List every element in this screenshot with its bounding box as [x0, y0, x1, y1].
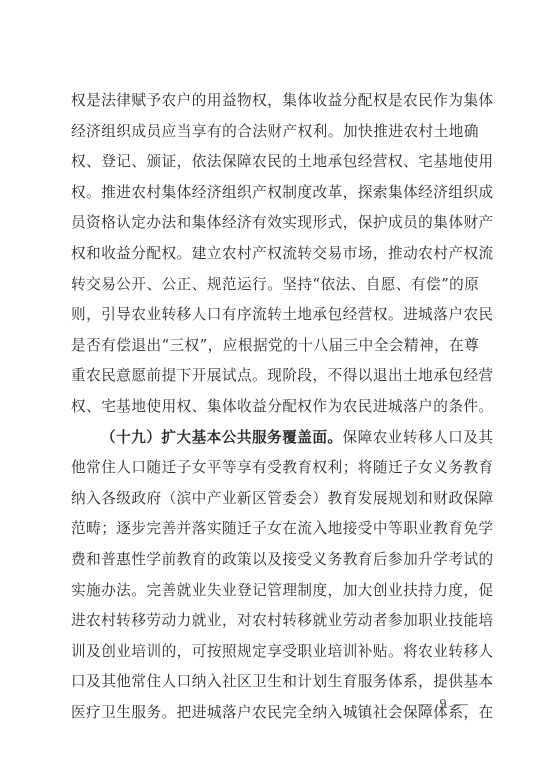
text-line: 口及其他常住人口纳入社区卫生和计划生育服务体系，提供基本 — [71, 667, 479, 698]
text-line: 纳入各级政府（滨中产业新区管委会）教育发展规划和财政保障 — [71, 484, 479, 515]
text-line: 训及创业培训的，可按照规定享受职业培训补贴。将农业转移人 — [71, 637, 479, 668]
text-line: 权。推进农村集体经济组织产权制度改革，探索集体经济组织成 — [71, 178, 479, 209]
text-line: 则，引导农业转移人口有序流转土地承包经营权。进城落户农民 — [71, 300, 479, 331]
text-line: 是否有偿退出“三权”，应根据党的十八届三中全会精神，在尊 — [71, 331, 479, 362]
text-line: 权、宅基地使用权、集体收益分配权作为农民进城落户的条件。 — [71, 392, 479, 423]
text-line: 员资格认定办法和集体经济有效实现形式，保护成员的集体财产 — [71, 208, 479, 239]
section-first-line-text: 保障农业转移人口及其 — [343, 429, 494, 446]
text-line: 权是法律赋予农户的用益物权，集体收益分配权是农民作为集体 — [71, 86, 479, 117]
text-line: 转交易公开、公正、规范运行。坚持“依法、自愿、有偿”的原 — [71, 270, 479, 301]
text-line: 经济组织成员应当享有的合法财产权利。加快推进农村土地确 — [71, 117, 479, 148]
text-line: 范畴；逐步完善并落实随迁子女在流入地接受中等职业教育免学 — [71, 514, 479, 545]
text-line: 他常住人口随迁子女平等享有受教育权利；将随迁子女义务教育 — [71, 453, 479, 484]
text-line: 费和普惠性学前教育的政策以及接受义务教育后参加升学考试的 — [71, 545, 479, 576]
document-body: 权是法律赋予农户的用益物权，集体收益分配权是农民作为集体 经济组织成员应当享有的… — [71, 86, 479, 728]
text-line: 进农村转移劳动力就业，对农村转移就业劳动者参加职业技能培 — [71, 606, 479, 637]
section-heading: （十九）扩大基本公共服务覆盖面。 — [101, 429, 343, 446]
section-first-line: （十九）扩大基本公共服务覆盖面。保障农业转移人口及其 — [71, 423, 479, 454]
text-line: 权、登记、颁证，依法保障农民的土地承包经营权、宅基地使用 — [71, 147, 479, 178]
page-number: — 9 — — [418, 697, 470, 713]
text-line: 实施办法。完善就业失业登记管理制度，加大创业扶持力度，促 — [71, 576, 479, 607]
text-line: 权和收益分配权。建立农村产权流转交易市场，推动农村产权流 — [71, 239, 479, 270]
text-line: 重农民意愿前提下开展试点。现阶段，不得以退出土地承包经营 — [71, 361, 479, 392]
document-page: 权是法律赋予农户的用益物权，集体收益分配权是农民作为集体 经济组织成员应当享有的… — [0, 0, 549, 780]
